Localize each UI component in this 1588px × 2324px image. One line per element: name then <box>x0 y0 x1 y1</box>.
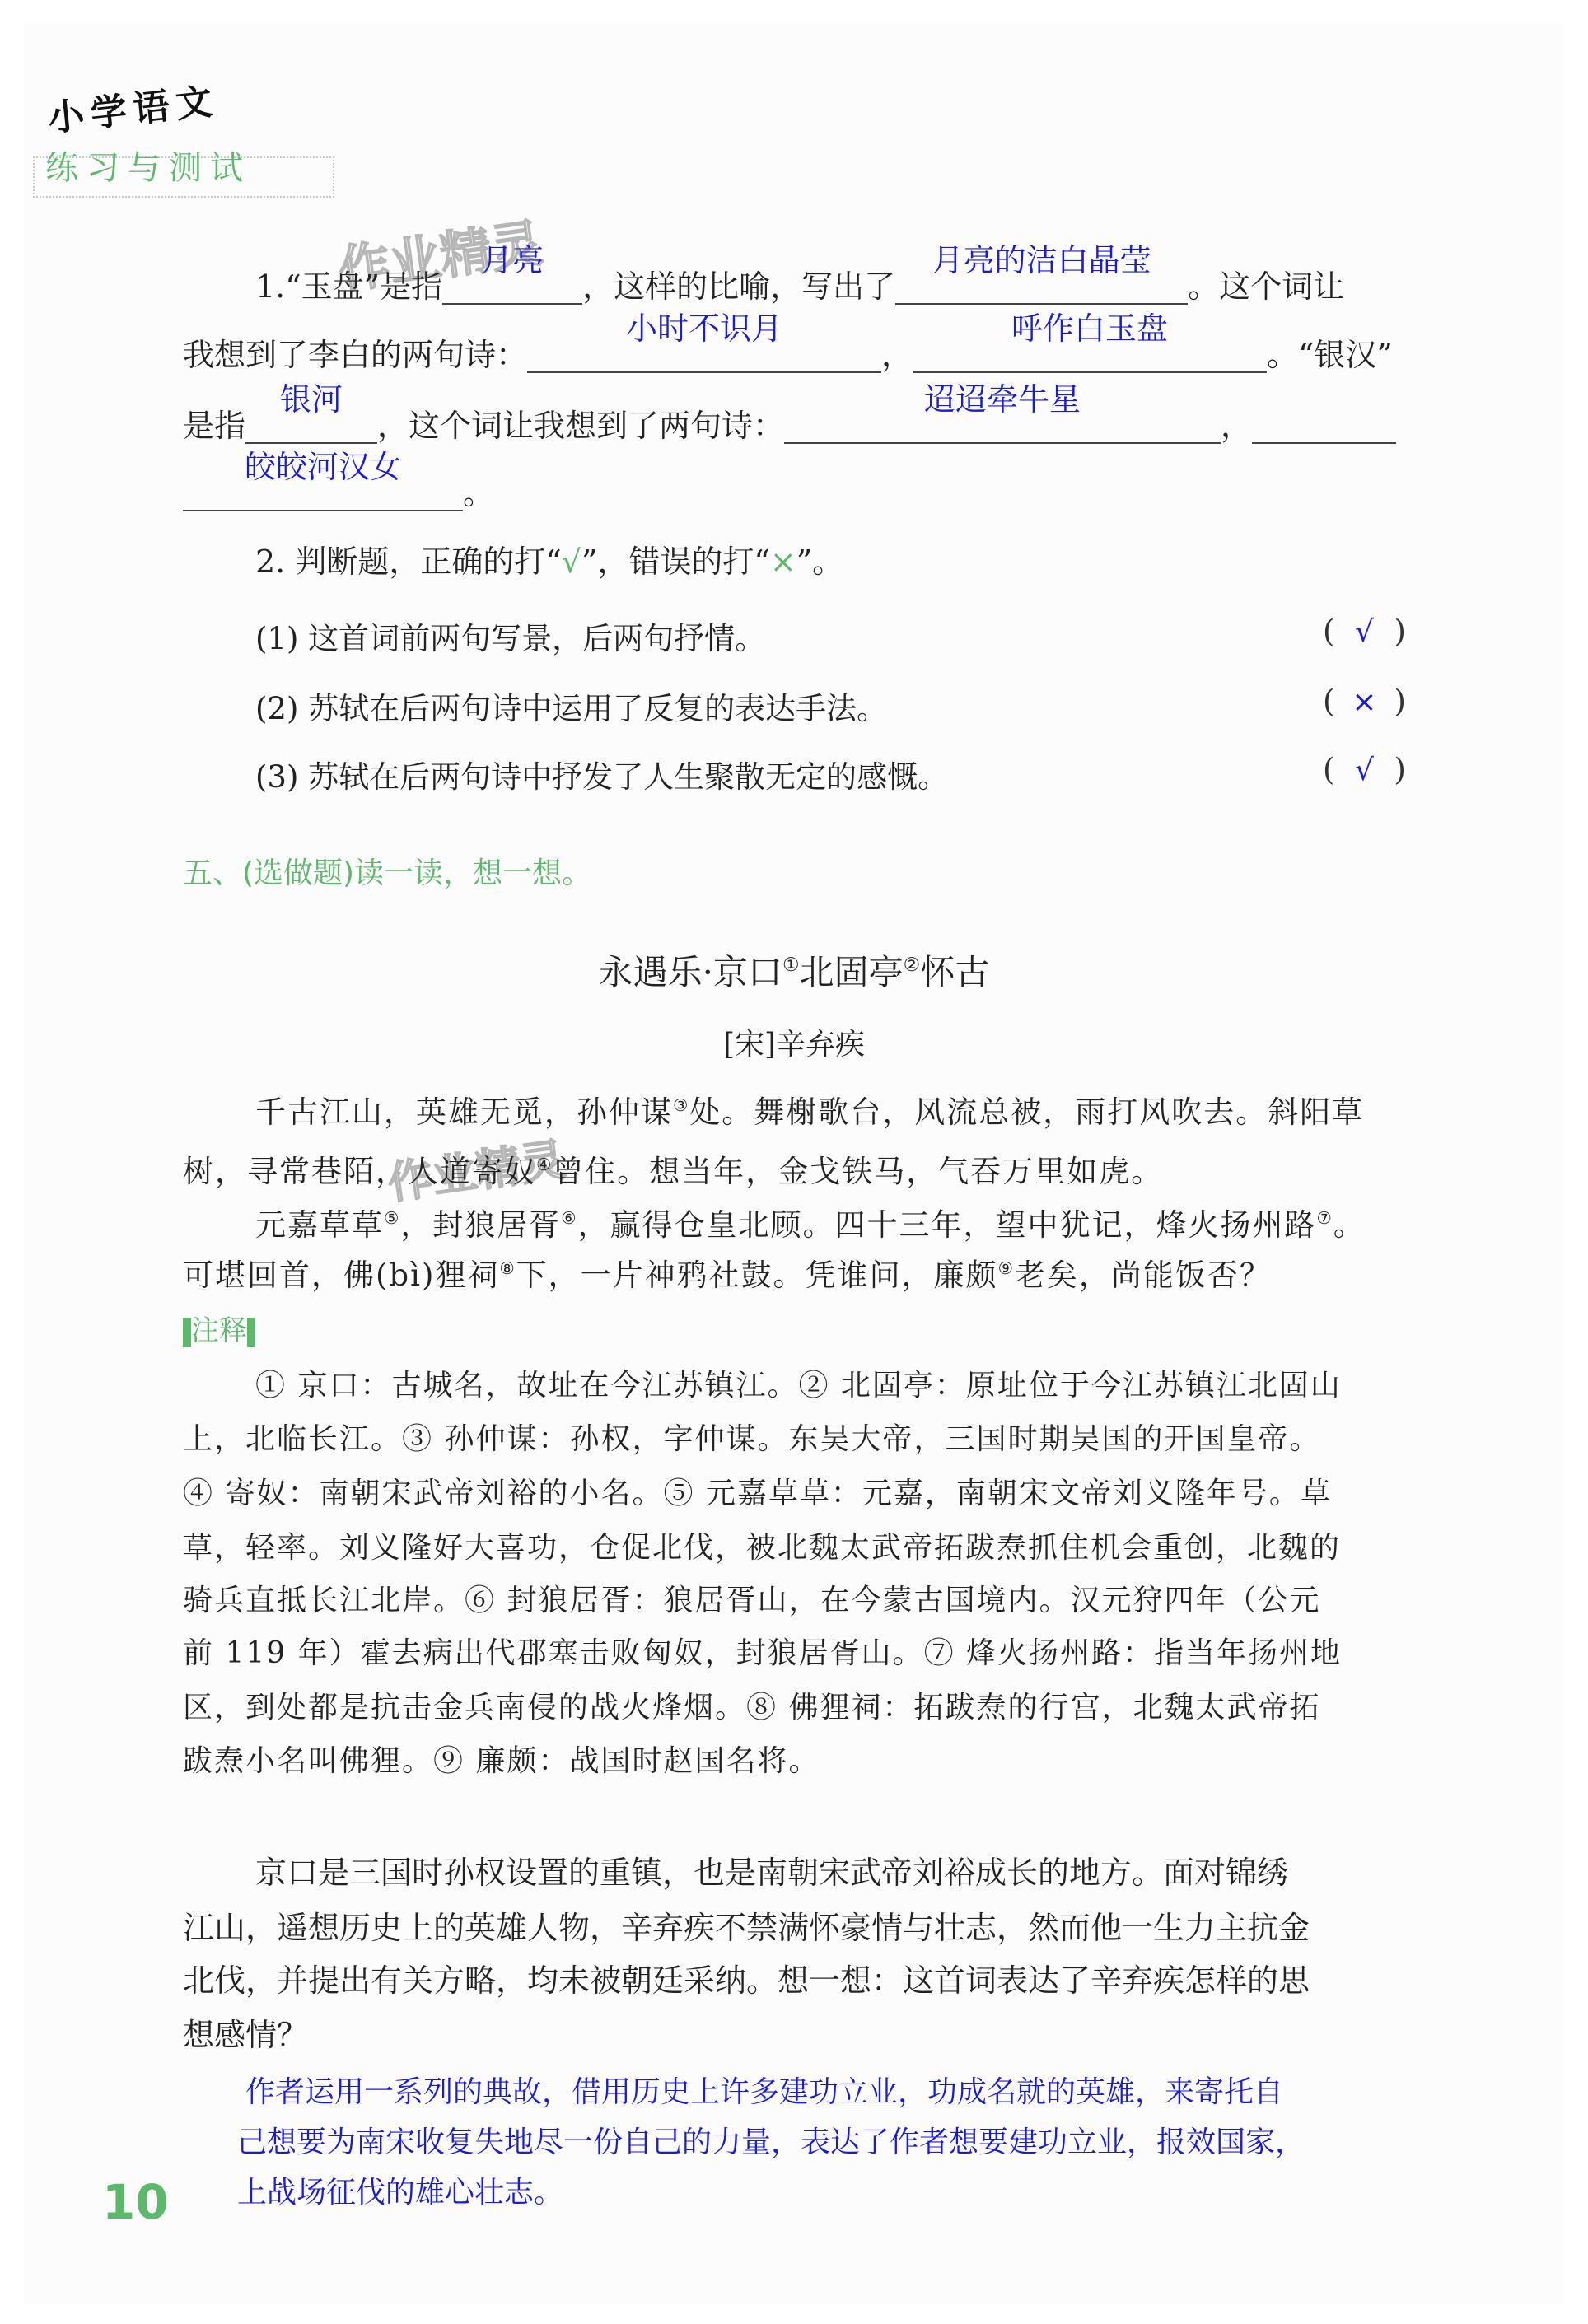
paren-close: ) <box>1394 752 1405 787</box>
paren-close: ) <box>1394 684 1405 719</box>
note-line: 上，北临长江。③ 孙仲谋：孙权，字仲谋。东吴大帝，三国时期吴国的开国皇帝。 <box>183 1416 1320 1458</box>
check-icon: √ <box>562 544 581 580</box>
poem-title: 永遇乐·京口①北固亭②怀古 <box>0 945 1588 995</box>
q1-text: 。这个词让 <box>1188 268 1344 305</box>
section-heading: 五、(选做题)读一读，想一想。 <box>183 850 591 892</box>
poem-line: 树，寻常巷陌，人道寄奴④曾住。想当年，金戈铁马，气吞万里如虎。 <box>183 1146 1163 1191</box>
q1-text: ， <box>1221 408 1252 444</box>
judge-item-2: (2) 苏轼在后两句诗中运用了反复的表达手法。 <box>255 684 887 728</box>
page-number: 10 <box>102 2174 169 2230</box>
judge-item-3: (3) 苏轼在后两句诗中抒发了人生聚散无定的感慨。 <box>255 752 948 796</box>
answer-line: 己想要为南宋收复失地尽一份自己的力量，表达了作者想要建功立业，报效国家， <box>237 2119 1305 2161</box>
check-mark-icon: √ <box>1334 754 1394 787</box>
poem-title-text: 怀古 <box>920 952 989 992</box>
paren-open: ( <box>1323 684 1334 719</box>
q1-text: 。“银汉” <box>1267 337 1393 373</box>
cross-mark-icon: × <box>1334 685 1394 719</box>
footnote-ref: ① <box>782 954 800 976</box>
cross-icon: × <box>770 544 796 580</box>
q2-text: 2. 判断题，正确的打“ <box>255 544 562 580</box>
poem-author: [宋]辛弃疾 <box>0 1021 1588 1063</box>
bracket-left-icon <box>183 1318 191 1347</box>
answer-blank[interactable]: 迢迢牵牛星 <box>784 406 1221 444</box>
q1-text: 是指 <box>183 408 245 444</box>
answer-blank[interactable]: 月亮 <box>442 267 582 305</box>
q1-text: 。 <box>463 475 494 511</box>
answer-line: 作者运用一系列的典故，借用历史上许多建功立业，功成名就的英雄，来寄托自 <box>245 2069 1283 2111</box>
note-line: 区，到处都是抗击金兵南侵的战火烽烟。⑧ 佛狸祠：拓跋焘的行宫，北魏太武帝拓 <box>183 1684 1320 1726</box>
poem-line: 元嘉草草⑤，封狼居胥⑥，赢得仓皇北顾。四十三年，望中犹记，烽火扬州路⑦。 <box>255 1200 1366 1244</box>
book-subtitle: 练习与测试 <box>45 142 251 189</box>
answer-text: 迢迢牵牛星 <box>784 381 1221 418</box>
note-line: ① 京口：古城名，故址在今江苏镇江。② 北固亭：原址位于今江苏镇江北固山 <box>255 1362 1342 1404</box>
notes-label: 注释 <box>183 1308 255 1348</box>
answer-text: 银河 <box>245 381 377 418</box>
q1-line-4: 皎皎河汉女。 <box>183 474 494 511</box>
paren-close: ) <box>1394 614 1405 649</box>
answer-text: 月亮 <box>442 242 582 278</box>
q2-intro: 2. 判断题，正确的打“√”，错误的打“×”。 <box>255 544 843 580</box>
judge-answer-box-3[interactable]: (√) <box>1323 752 1406 787</box>
poem-line: 可堪回首，佛(bì)狸祠⑧下，一片神鸦社鼓。凭谁问，廉颇⑨老矣，尚能饭否？ <box>183 1250 1272 1295</box>
judge-answer-box-2[interactable]: (×) <box>1323 684 1406 719</box>
q1-text: 我想到了李白的两句诗： <box>183 337 527 373</box>
q1-text: ，这样的比喻，写出了 <box>582 268 895 305</box>
question-line: 江山，遥想历史上的英雄人物，辛弃疾不禁满怀豪情与壮志，然而他一生力主抗金 <box>183 1902 1310 1948</box>
q2-text: ”。 <box>796 544 843 580</box>
answer-text: 皎皎河汉女 <box>183 449 463 485</box>
answer-blank[interactable]: 皎皎河汉女 <box>183 474 463 511</box>
question-line: 北伐，并提出有关方略，均未被朝廷采纳。想一想：这首词表达了辛弃疾怎样的思 <box>183 1955 1310 2000</box>
answer-blank[interactable]: 银河 <box>245 406 377 444</box>
answer-blank-continued[interactable] <box>1252 406 1396 444</box>
poem-title-text: 北固亭 <box>800 952 904 992</box>
q1-text: 1.“玉盘”是指 <box>255 268 442 305</box>
poem-title-text: 永遇乐·京口 <box>599 952 782 992</box>
footnote-ref: ② <box>904 954 921 976</box>
answer-blank[interactable]: 呼作白玉盘 <box>913 335 1267 373</box>
note-line: 跋焘小名叫佛狸。⑨ 廉颇：战国时赵国名将。 <box>183 1738 820 1780</box>
judge-answer-box-1[interactable]: (√) <box>1323 614 1406 649</box>
q1-line-3: 是指银河，这个词让我想到了两句诗：迢迢牵牛星， <box>183 406 1396 444</box>
notes-label-text: 注释 <box>191 1314 247 1347</box>
question-line: 想感情？ <box>183 2009 308 2055</box>
q2-text: ”，错误的打“ <box>581 544 770 580</box>
poem-line: 千古江山，英雄无觅，孙仲谋③处。舞榭歌台，风流总被，雨打风吹去。斜阳草 <box>255 1087 1364 1132</box>
bracket-right-icon <box>247 1318 255 1347</box>
note-line: 骑兵直抵长江北岸。⑥ 封狼居胥：狼居胥山，在今蒙古国境内。汉元狩四年（公元 <box>183 1577 1320 1619</box>
note-line: ④ 寄奴：南朝宋武帝刘裕的小名。⑤ 元嘉草草：元嘉，南朝宋文帝刘义隆年号。草 <box>183 1470 1332 1512</box>
answer-text: 月亮的洁白晶莹 <box>895 242 1188 278</box>
q1-text: ， <box>881 337 913 373</box>
q1-line-1: 1.“玉盘”是指月亮，这样的比喻，写出了月亮的洁白晶莹。这个词让 <box>255 267 1344 305</box>
judge-item-1: (1) 这首词前两句写景，后两句抒情。 <box>255 614 765 658</box>
q1-text: ，这个词让我想到了两句诗： <box>377 408 784 444</box>
paren-open: ( <box>1323 752 1334 787</box>
note-line: 草，轻率。刘义隆好大喜功，仓促北伐，被北魏太武帝拓跋焘抓住机会重创，北魏的 <box>183 1524 1341 1566</box>
answer-blank[interactable]: 月亮的洁白晶莹 <box>895 267 1188 305</box>
answer-text: 呼作白玉盘 <box>913 310 1267 347</box>
answer-blank[interactable]: 小时不识月 <box>527 335 881 373</box>
answer-line: 上战场征伐的雄心壮志。 <box>237 2169 563 2211</box>
q1-line-2: 我想到了李白的两句诗：小时不识月，呼作白玉盘。“银汉” <box>183 335 1393 373</box>
check-mark-icon: √ <box>1334 615 1394 649</box>
question-line: 京口是三国时孙权设置的重镇，也是南朝宋武帝刘裕成长的地方。面对锦绣 <box>255 1847 1288 1892</box>
answer-text: 小时不识月 <box>527 310 881 347</box>
paren-open: ( <box>1323 614 1334 649</box>
note-line: 前 119 年）霍去病出代郡塞击败匈奴，封狼居胥山。⑦ 烽火扬州路：指当年扬州地 <box>183 1630 1342 1672</box>
